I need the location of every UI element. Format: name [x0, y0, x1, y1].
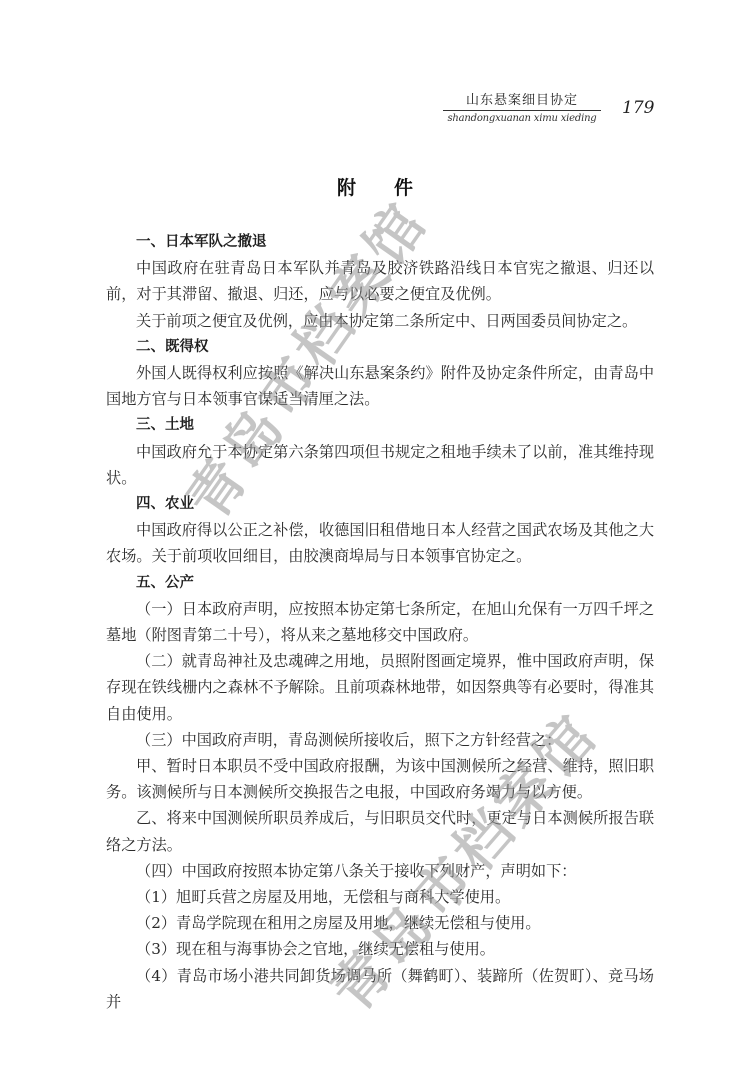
list-item: （4）青岛市场小港共同卸货场调马所（舞鹤町）、装蹄所（佐贺町）、竞马场并 [106, 963, 654, 1015]
paragraph: 关于前项之便宜及优例，应由本协定第二条所定中、日两国委员间协定之。 [106, 308, 654, 334]
paragraph: （一）日本政府声明，应按照本协定第七条所定，在旭山允保有一万四千坪之墓地（附图青… [106, 596, 654, 648]
running-head: 山东悬案细目协定 shandongxuanan ximu xieding [443, 92, 601, 124]
paragraph: 中国政府在驻青岛日本军队并青岛及胶济铁路沿线日本官宪之撤退、归还以前，对于其滞留… [106, 255, 654, 307]
paragraph: 外国人既得权利应按照《解决山东悬案条约》附件及协定条件所定，由青岛中国地方官与日… [106, 360, 654, 412]
page-number: 179 [622, 98, 654, 118]
paragraph: （二）就青岛神社及忠魂碑之用地，员照附图画定境界，惟中国政府声明，保存现在铁线栅… [106, 648, 654, 727]
list-item: （3）现在租与海事协会之官地，继续无偿租与使用。 [106, 936, 654, 962]
section-heading: 二、既得权 [106, 334, 654, 360]
document-body: 一、日本军队之撤退 中国政府在驻青岛日本军队并青岛及胶济铁路沿线日本官宪之撤退、… [106, 229, 654, 1015]
section-heading: 三、土地 [106, 412, 654, 438]
section-heading: 一、日本军队之撤退 [106, 229, 654, 255]
document-title: 附件 [0, 173, 750, 200]
section-heading: 四、农业 [106, 491, 654, 517]
paragraph: （四）中国政府按照本协定第八条关于接收下列财产，声明如下： [106, 858, 654, 884]
paragraph: 中国政府得以公正之补偿，收德国旧租借地日本人经营之国武农场及其他之大农场。关于前… [106, 517, 654, 569]
running-head-rule [443, 110, 601, 111]
list-item: （1）旭町兵营之房屋及用地，无偿租与商科大学使用。 [106, 884, 654, 910]
list-item: （2）青岛学院现在租用之房屋及用地，继续无偿租与使用。 [106, 910, 654, 936]
running-head-pinyin: shandongxuanan ximu xieding [443, 113, 601, 124]
running-head-title: 山东悬案细目协定 [443, 92, 601, 109]
paragraph: 甲、暂时日本职员不受中国政府报酬，为该中国测候所之经营、维持，照旧职务。该测候所… [106, 753, 654, 805]
paragraph: 中国政府允于本协定第六条第四项但书规定之租地手续未了以前，准其维持现状。 [106, 439, 654, 491]
paragraph: （三）中国政府声明，青岛测候所接收后，照下之方针经营之： [106, 727, 654, 753]
paragraph: 乙、将来中国测候所职员养成后，与旧职员交代时，更定与日本测候所报告联络之方法。 [106, 805, 654, 857]
section-heading: 五、公产 [106, 570, 654, 596]
